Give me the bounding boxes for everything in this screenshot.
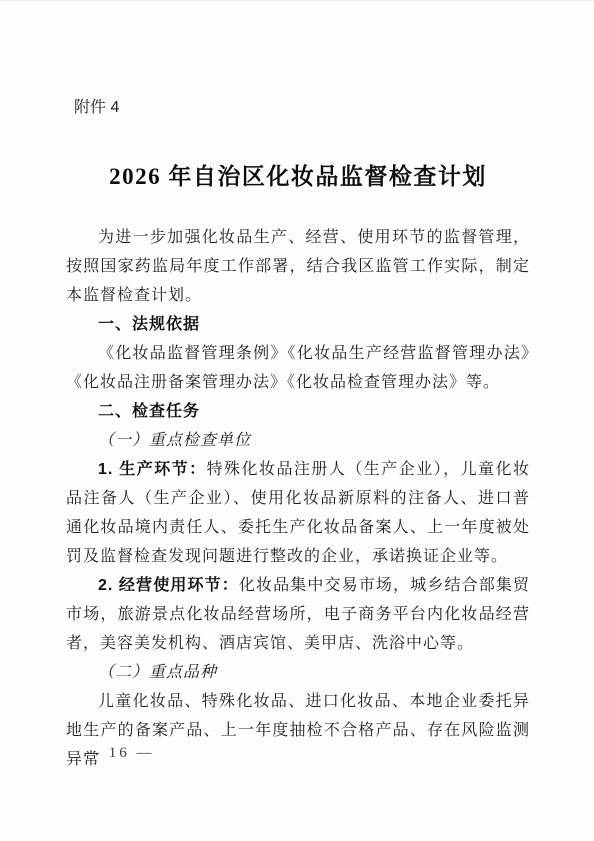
production-item-paragraph: 1. 生产环节：特殊化妆品注册人（生产企业），儿童化妆品注备人（生产企业）、使用…: [66, 455, 530, 571]
page-number: — 16 —: [84, 743, 155, 763]
section-1-body: 《化妆品监督管理条例》《化妆品生产经营监督管理办法》《化妆品注册备案管理办法》《…: [66, 339, 530, 397]
operation-item-label: 2. 经营使用环节：: [98, 577, 239, 594]
intro-paragraph: 为进一步加强化妆品生产、经营、使用环节的监督管理，按照国家药监局年度工作部署，结…: [66, 223, 530, 310]
section-1-heading: 一、法规依据: [66, 310, 530, 339]
operation-item-paragraph: 2. 经营使用环节：化妆品集中交易市场，城乡结合部集贸市场，旅游景点化妆品经营场…: [66, 571, 530, 658]
attachment-label: 附件 4: [66, 97, 530, 119]
document-page: 附件 4 2026 年自治区化妆品监督检查计划 为进一步加强化妆品生产、经营、使…: [0, 0, 594, 841]
section-2-heading: 二、检查任务: [66, 397, 530, 426]
subsection-2-heading: （二）重点品种: [66, 658, 530, 687]
subsection-1-heading: （一）重点检查单位: [66, 426, 530, 455]
production-item-label: 1. 生产环节：: [98, 461, 207, 478]
document-title: 2026 年自治区化妆品监督检查计划: [66, 161, 530, 193]
